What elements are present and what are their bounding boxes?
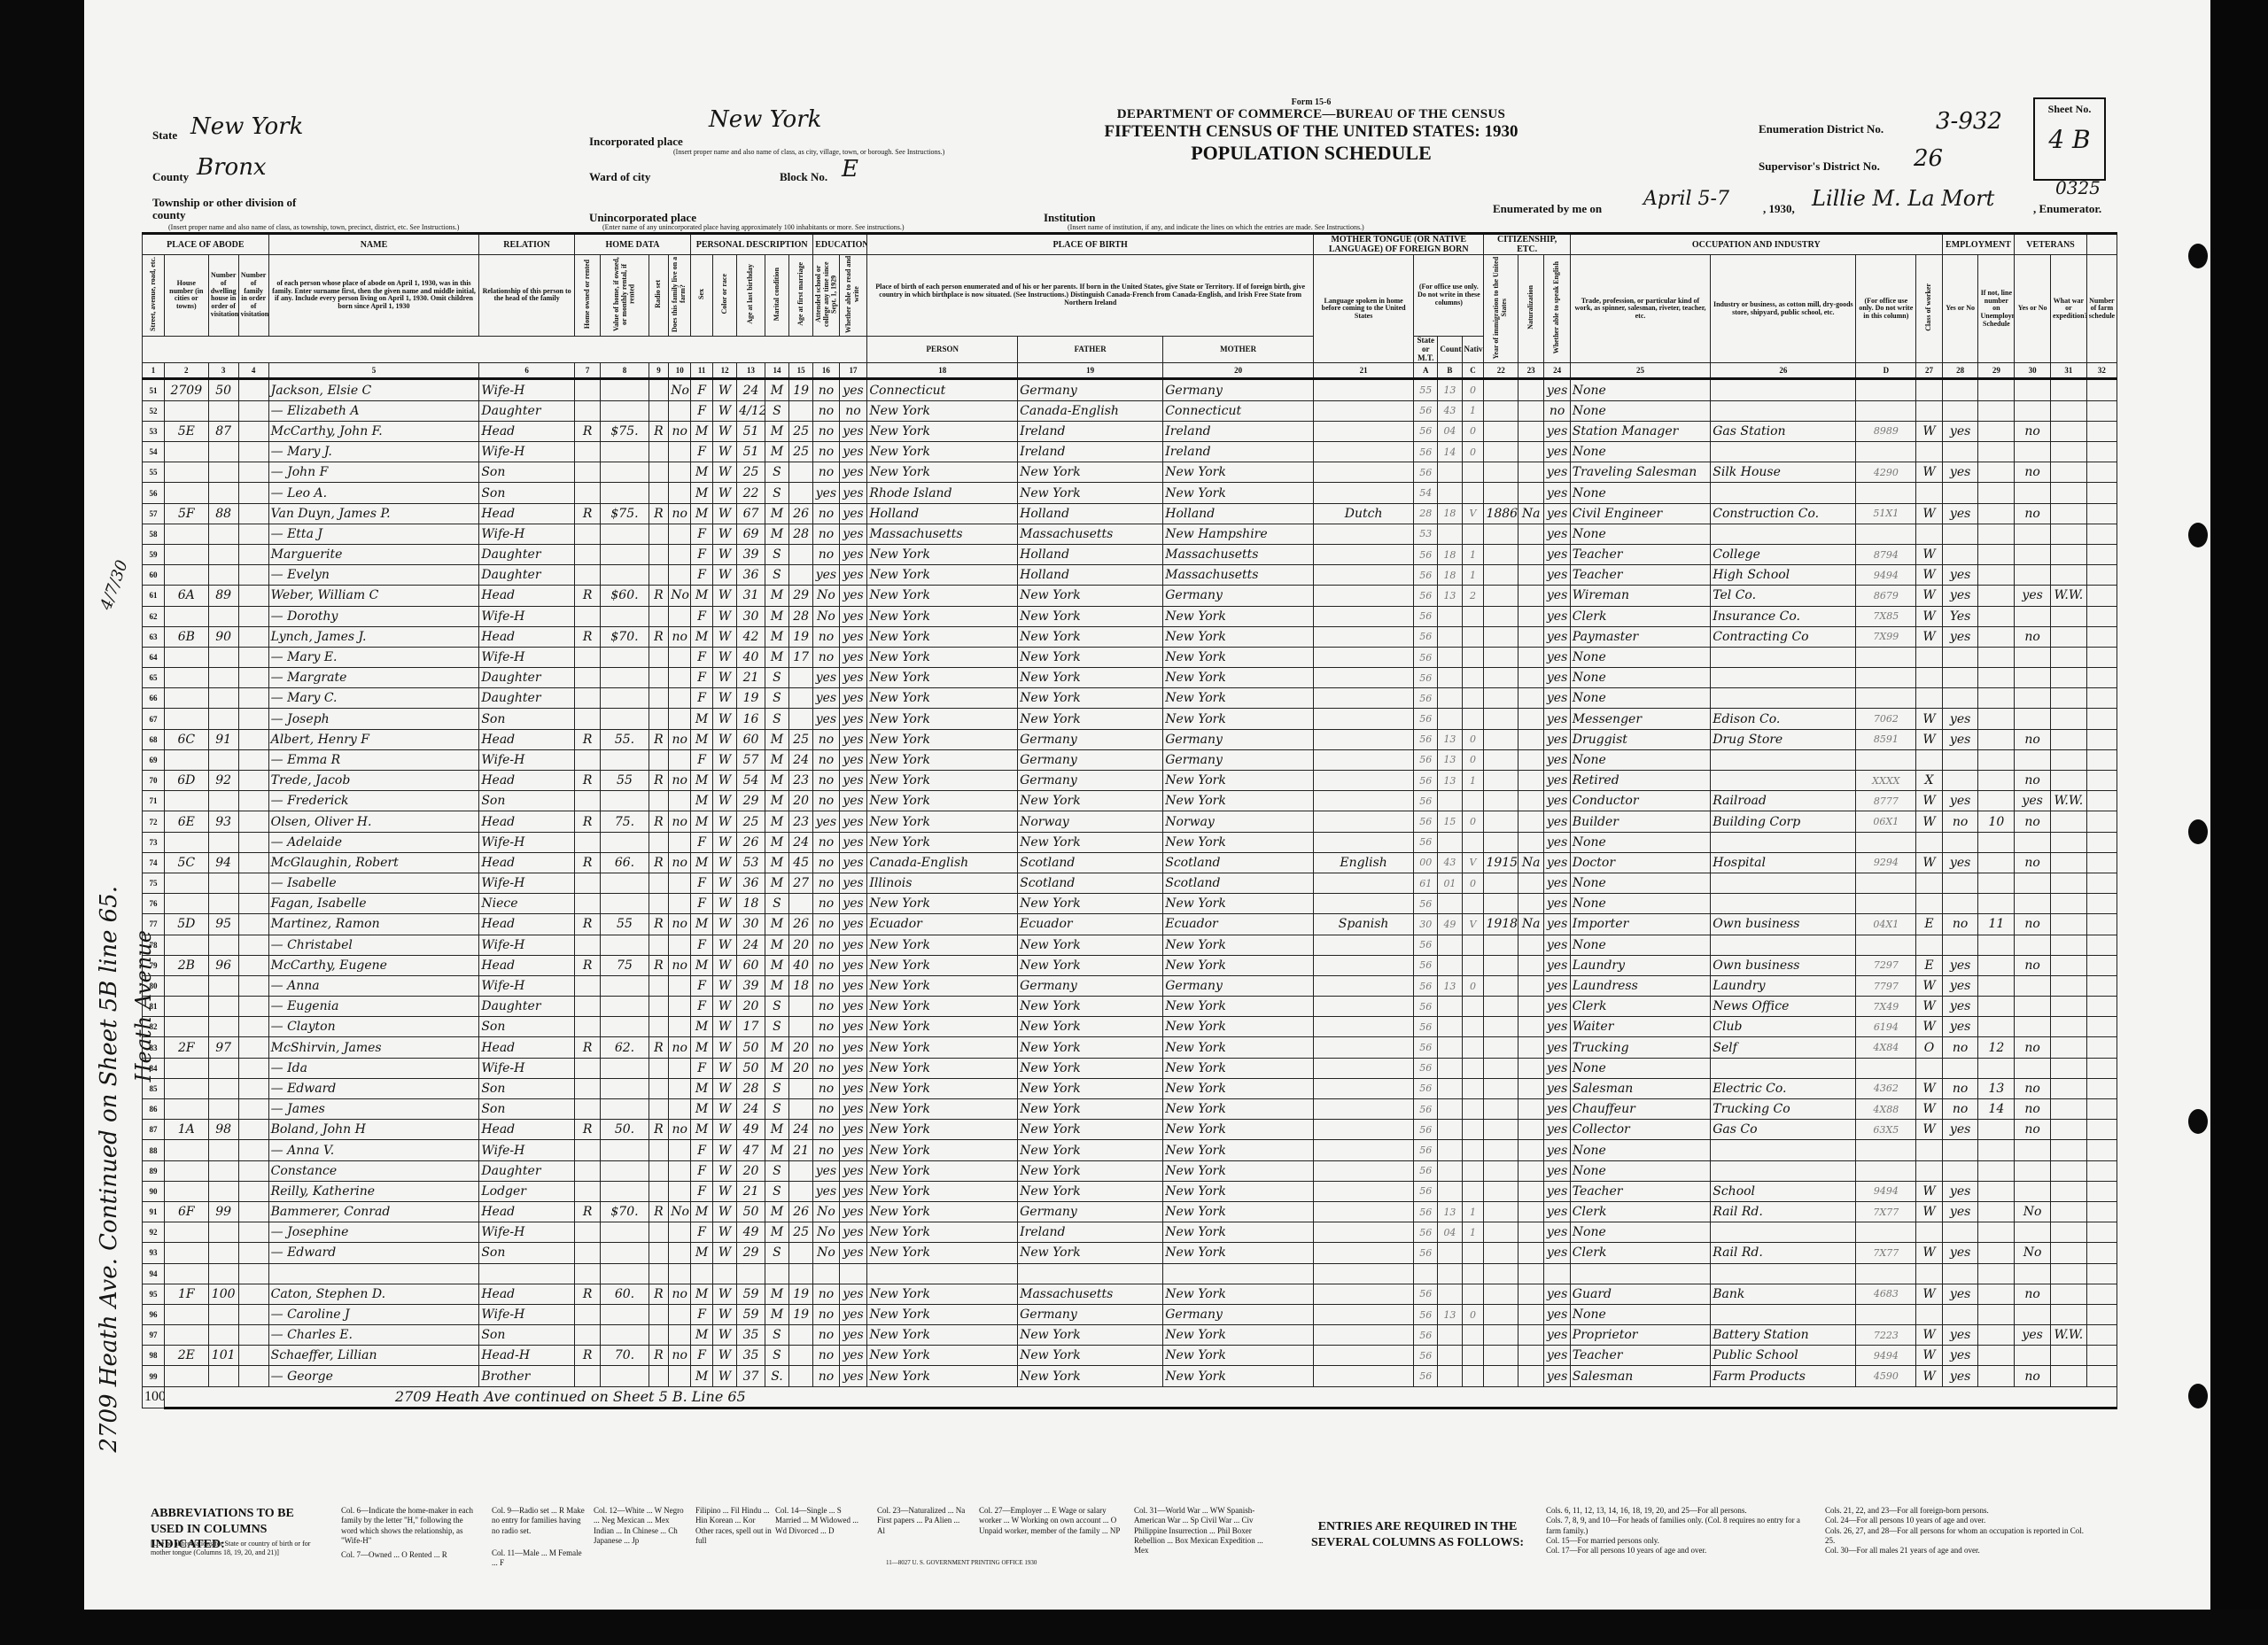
cell-code-country[interactable] [1438, 997, 1462, 1017]
cell-farm[interactable]: no [669, 771, 691, 791]
cell-read-write[interactable]: yes [839, 442, 867, 462]
cell-occupation[interactable]: None [1570, 1222, 1710, 1243]
cell-school[interactable]: yes [813, 1160, 839, 1181]
cell-code-state[interactable]: 56 [1414, 1222, 1438, 1243]
cell-at-work[interactable] [1942, 379, 1978, 400]
cell-unemployment-line[interactable] [1978, 544, 2015, 564]
cell-age-first-marriage[interactable] [789, 544, 813, 564]
cell-pob-mother[interactable]: Germany [1163, 586, 1314, 606]
cell-name[interactable]: Marguerite [268, 544, 479, 564]
cell-pob-father[interactable]: New York [1018, 832, 1163, 852]
cell-veteran[interactable] [2015, 400, 2051, 421]
cell-farm-schedule[interactable] [2086, 544, 2117, 564]
cell-code-country[interactable] [1438, 1058, 1462, 1078]
cell-family-number[interactable] [238, 1243, 268, 1263]
cell-marital[interactable]: M [765, 729, 788, 749]
cell-at-work[interactable]: yes [1942, 1366, 1978, 1386]
cell-pob-mother[interactable]: Connecticut [1163, 400, 1314, 421]
cell-pob-person[interactable]: New York [867, 791, 1018, 811]
cell-farm-schedule[interactable] [2086, 1222, 2117, 1243]
cell-sex[interactable]: M [691, 1017, 713, 1037]
cell-unemployment-line[interactable] [1978, 1201, 2015, 1222]
cell-house-number[interactable] [164, 935, 208, 955]
cell-pob-mother[interactable] [1163, 1263, 1314, 1284]
cell-name[interactable]: Albert, Henry F [268, 729, 479, 749]
cell-occ-code[interactable] [1856, 379, 1916, 400]
cell-unemployment-line[interactable]: 10 [1978, 811, 2015, 832]
cell-sex[interactable]: F [691, 647, 713, 667]
cell-relation[interactable]: Son [479, 483, 575, 503]
cell-name[interactable]: McCarthy, John F. [268, 421, 479, 441]
cell-naturalization[interactable] [1518, 1181, 1543, 1201]
cell-age[interactable]: 37 [737, 1366, 765, 1386]
cell-war[interactable]: W.W. [2051, 791, 2087, 811]
cell-pob-father[interactable]: Massachusetts [1018, 1284, 1163, 1304]
cell-code-state[interactable]: 56 [1414, 647, 1438, 667]
cell-sex[interactable]: M [691, 421, 713, 441]
cell-dwelling-number[interactable] [208, 1263, 238, 1284]
cell-family-number[interactable] [238, 997, 268, 1017]
cell-school[interactable]: no [813, 442, 839, 462]
cell-speak-english[interactable]: yes [1544, 1160, 1570, 1181]
cell-naturalization[interactable] [1518, 565, 1543, 586]
cell-owned-rented[interactable]: R [574, 811, 600, 832]
cell-class-worker[interactable]: W [1916, 421, 1942, 441]
cell-sex[interactable]: F [691, 1160, 713, 1181]
cell-age[interactable]: 39 [737, 975, 765, 996]
cell-house-number[interactable] [164, 606, 208, 626]
state-value[interactable]: New York [190, 113, 303, 140]
cell-naturalization[interactable] [1518, 1325, 1543, 1346]
cell-naturalization[interactable] [1518, 1366, 1543, 1386]
cell-house-number[interactable] [164, 749, 208, 770]
cell-race[interactable]: W [713, 442, 737, 462]
cell-code-country[interactable] [1438, 1099, 1462, 1120]
cell-pob-mother[interactable]: New York [1163, 462, 1314, 483]
cell-pob-mother[interactable]: New York [1163, 894, 1314, 914]
cell-code-country[interactable] [1438, 1366, 1462, 1386]
cell-code-country[interactable]: 13 [1438, 729, 1462, 749]
cell-farm-schedule[interactable] [2086, 832, 2117, 852]
cell-farm[interactable] [669, 975, 691, 996]
cell-farm-schedule[interactable] [2086, 688, 2117, 709]
cell-read-write[interactable]: yes [839, 791, 867, 811]
cell-industry[interactable]: Building Corp [1711, 811, 1856, 832]
cell-name[interactable] [268, 1263, 479, 1284]
cell-sex[interactable]: F [691, 832, 713, 852]
cell-sex[interactable]: M [691, 1243, 713, 1263]
cell-language[interactable] [1314, 709, 1414, 729]
cell-name[interactable]: — Josephine [268, 1222, 479, 1243]
cell-unemployment-line[interactable]: 12 [1978, 1037, 2015, 1058]
cell-language[interactable]: Dutch [1314, 503, 1414, 524]
cell-pob-person[interactable]: New York [867, 1181, 1018, 1201]
cell-read-write[interactable]: yes [839, 1304, 867, 1324]
cell-age[interactable]: 49 [737, 1120, 765, 1140]
cell-class-worker[interactable] [1916, 688, 1942, 709]
cell-code-nativity[interactable] [1462, 688, 1484, 709]
cell-race[interactable]: W [713, 503, 737, 524]
cell-race[interactable]: W [713, 791, 737, 811]
cell-age[interactable]: 50 [737, 1058, 765, 1078]
cell-farm-schedule[interactable] [2086, 935, 2117, 955]
cell-veteran[interactable]: yes [2015, 586, 2051, 606]
cell-age[interactable]: 51 [737, 442, 765, 462]
cell-code-nativity[interactable] [1462, 1078, 1484, 1098]
cell-farm[interactable] [669, 832, 691, 852]
cell-age[interactable]: 29 [737, 1243, 765, 1263]
cell-sex[interactable]: F [691, 975, 713, 996]
cell-dwelling-number[interactable]: 96 [208, 955, 238, 975]
cell-unemployment-line[interactable] [1978, 586, 2015, 606]
cell-pob-father[interactable]: New York [1018, 1160, 1163, 1181]
cell-speak-english[interactable]: yes [1544, 565, 1570, 586]
cell-radio[interactable] [649, 832, 669, 852]
cell-marital[interactable]: S [765, 997, 788, 1017]
cell-unemployment-line[interactable] [1978, 1140, 2015, 1160]
cell-occ-code[interactable] [1856, 1058, 1916, 1078]
cell-pob-person[interactable]: New York [867, 894, 1018, 914]
cell-pob-mother[interactable]: Scotland [1163, 852, 1314, 873]
cell-at-work[interactable]: no [1942, 811, 1978, 832]
cell-age-first-marriage[interactable]: 20 [789, 1058, 813, 1078]
cell-war[interactable] [2051, 975, 2087, 996]
cell-code-nativity[interactable]: 0 [1462, 811, 1484, 832]
cell-naturalization[interactable] [1518, 894, 1543, 914]
cell-age-first-marriage[interactable]: 20 [789, 791, 813, 811]
cell-pob-father[interactable]: Norway [1018, 811, 1163, 832]
cell-dwelling-number[interactable] [208, 832, 238, 852]
cell-unemployment-line[interactable] [1978, 503, 2015, 524]
cell-read-write[interactable]: yes [839, 997, 867, 1017]
cell-family-number[interactable] [238, 442, 268, 462]
cell-language[interactable] [1314, 935, 1414, 955]
cell-veteran[interactable]: no [2015, 852, 2051, 873]
cell-pob-person[interactable]: New York [867, 1099, 1018, 1120]
cell-age[interactable]: 16 [737, 709, 765, 729]
cell-read-write[interactable]: yes [839, 688, 867, 709]
cell-read-write[interactable]: yes [839, 544, 867, 564]
cell-code-country[interactable] [1438, 1243, 1462, 1263]
cell-veteran[interactable] [2015, 668, 2051, 688]
cell-language[interactable] [1314, 1078, 1414, 1098]
cell-unemployment-line[interactable] [1978, 647, 2015, 667]
cell-veteran[interactable] [2015, 1058, 2051, 1078]
cell-radio[interactable]: R [649, 1284, 669, 1304]
cell-occ-code[interactable]: 06X1 [1856, 811, 1916, 832]
cell-unemployment-line[interactable] [1978, 462, 2015, 483]
cell-code-nativity[interactable]: 1 [1462, 1222, 1484, 1243]
cell-occupation[interactable]: None [1570, 483, 1710, 503]
cell-age-first-marriage[interactable] [789, 1263, 813, 1284]
cell-industry[interactable]: Electric Co. [1711, 1078, 1856, 1098]
cell-relation[interactable]: Wife-H [479, 1222, 575, 1243]
cell-school[interactable]: no [813, 1325, 839, 1346]
cell-pob-mother[interactable]: New York [1163, 1037, 1314, 1058]
cell-war[interactable] [2051, 647, 2087, 667]
cell-farm[interactable] [669, 1078, 691, 1098]
cell-farm-schedule[interactable] [2086, 1058, 2117, 1078]
cell-at-work[interactable] [1942, 544, 1978, 564]
cell-dwelling-number[interactable]: 95 [208, 914, 238, 935]
cell-read-write[interactable]: yes [839, 1366, 867, 1386]
cell-occ-code[interactable]: 4590 [1856, 1366, 1916, 1386]
cell-pob-father[interactable]: New York [1018, 935, 1163, 955]
cell-unemployment-line[interactable] [1978, 1304, 2015, 1324]
cell-age[interactable]: 21 [737, 668, 765, 688]
cell-farm[interactable] [669, 524, 691, 544]
cell-race[interactable]: W [713, 606, 737, 626]
cell-code-country[interactable]: 04 [1438, 421, 1462, 441]
cell-occ-code[interactable]: 9294 [1856, 852, 1916, 873]
cell-farm-schedule[interactable] [2086, 462, 2117, 483]
cell-farm[interactable] [669, 483, 691, 503]
cell-naturalization[interactable] [1518, 1201, 1543, 1222]
cell-unemployment-line[interactable] [1978, 1017, 2015, 1037]
cell-dwelling-number[interactable] [208, 1078, 238, 1098]
cell-speak-english[interactable]: yes [1544, 955, 1570, 975]
cell-class-worker[interactable]: W [1916, 791, 1942, 811]
cell-war[interactable] [2051, 668, 2087, 688]
cell-pob-mother[interactable]: New York [1163, 1222, 1314, 1243]
cell-code-state[interactable]: 56 [1414, 421, 1438, 441]
cell-farm-schedule[interactable] [2086, 1181, 2117, 1201]
cell-immigration-year[interactable] [1484, 1160, 1518, 1181]
cell-farm[interactable] [669, 1243, 691, 1263]
cell-owned-rented[interactable]: R [574, 1037, 600, 1058]
cell-pob-mother[interactable]: New York [1163, 1243, 1314, 1263]
cell-veteran[interactable]: no [2015, 1099, 2051, 1120]
cell-occupation[interactable]: None [1570, 894, 1710, 914]
cell-language[interactable] [1314, 894, 1414, 914]
cell-race[interactable]: W [713, 955, 737, 975]
cell-age-first-marriage[interactable] [789, 688, 813, 709]
cell-dwelling-number[interactable]: 94 [208, 852, 238, 873]
cell-occupation[interactable]: Wireman [1570, 586, 1710, 606]
cell-race[interactable]: W [713, 1181, 737, 1201]
cell-veteran[interactable] [2015, 975, 2051, 996]
cell-age-first-marriage[interactable] [789, 668, 813, 688]
cell-war[interactable] [2051, 1243, 2087, 1263]
cell-radio[interactable] [649, 1160, 669, 1181]
cell-pob-person[interactable]: Massachusetts [867, 524, 1018, 544]
cell-at-work[interactable]: yes [1942, 852, 1978, 873]
cell-house-number[interactable]: 5F [164, 503, 208, 524]
cell-at-work[interactable]: yes [1942, 1120, 1978, 1140]
cell-pob-father[interactable]: New York [1018, 626, 1163, 647]
cell-language[interactable] [1314, 1346, 1414, 1366]
cell-farm-schedule[interactable] [2086, 1304, 2117, 1324]
cell-pob-father[interactable]: Canada-English [1018, 400, 1163, 421]
cell-marital[interactable]: S [765, 1325, 788, 1346]
cell-farm[interactable]: No [669, 586, 691, 606]
cell-farm[interactable] [669, 873, 691, 893]
cell-farm[interactable]: no [669, 955, 691, 975]
cell-farm-schedule[interactable] [2086, 1325, 2117, 1346]
cell-industry[interactable] [1711, 1160, 1856, 1181]
cell-dwelling-number[interactable]: 98 [208, 1120, 238, 1140]
cell-dwelling-number[interactable] [208, 997, 238, 1017]
cell-name[interactable]: — Frederick [268, 791, 479, 811]
cell-code-country[interactable]: 15 [1438, 811, 1462, 832]
cell-veteran[interactable]: no [2015, 1284, 2051, 1304]
cell-home-value[interactable] [601, 1058, 649, 1078]
cell-marital[interactable]: S [765, 668, 788, 688]
cell-pob-father[interactable]: New York [1018, 1120, 1163, 1140]
cell-language[interactable] [1314, 668, 1414, 688]
cell-pob-person[interactable]: New York [867, 811, 1018, 832]
cell-industry[interactable] [1711, 668, 1856, 688]
cell-veteran[interactable] [2015, 1160, 2051, 1181]
cell-language[interactable] [1314, 1037, 1414, 1058]
cell-age[interactable]: 24 [737, 379, 765, 400]
cell-farm[interactable] [669, 1099, 691, 1120]
cell-code-state[interactable] [1414, 1263, 1438, 1284]
cell-marital[interactable]: M [765, 503, 788, 524]
cell-owned-rented[interactable] [574, 1243, 600, 1263]
cell-family-number[interactable] [238, 935, 268, 955]
cell-at-work[interactable] [1942, 647, 1978, 667]
cell-house-number[interactable] [164, 1017, 208, 1037]
cell-read-write[interactable]: no [839, 400, 867, 421]
cell-family-number[interactable] [238, 1325, 268, 1346]
cell-veteran[interactable]: no [2015, 955, 2051, 975]
cell-language[interactable] [1314, 1201, 1414, 1222]
cell-immigration-year[interactable] [1484, 729, 1518, 749]
cell-code-state[interactable]: 56 [1414, 791, 1438, 811]
cell-age-first-marriage[interactable] [789, 894, 813, 914]
cell-naturalization[interactable] [1518, 606, 1543, 626]
cell-school[interactable]: no [813, 544, 839, 564]
cell-family-number[interactable] [238, 1222, 268, 1243]
cell-radio[interactable] [649, 935, 669, 955]
cell-farm-schedule[interactable] [2086, 503, 2117, 524]
cell-at-work[interactable] [1942, 688, 1978, 709]
cell-code-nativity[interactable] [1462, 791, 1484, 811]
cell-code-country[interactable] [1438, 1181, 1462, 1201]
cell-naturalization[interactable] [1518, 1243, 1543, 1263]
cell-home-value[interactable] [601, 379, 649, 400]
cell-code-nativity[interactable] [1462, 1037, 1484, 1058]
cell-immigration-year[interactable] [1484, 749, 1518, 770]
cell-age[interactable]: 17 [737, 1017, 765, 1037]
cell-race[interactable]: W [713, 544, 737, 564]
cell-radio[interactable] [649, 400, 669, 421]
cell-pob-mother[interactable]: Holland [1163, 503, 1314, 524]
cell-pob-father[interactable]: New York [1018, 709, 1163, 729]
cell-code-nativity[interactable]: 0 [1462, 1304, 1484, 1324]
cell-school[interactable]: yes [813, 565, 839, 586]
cell-veteran[interactable]: No [2015, 1243, 2051, 1263]
cell-marital[interactable]: M [765, 626, 788, 647]
cell-pob-mother[interactable]: Ireland [1163, 442, 1314, 462]
cell-home-value[interactable] [601, 709, 649, 729]
cell-read-write[interactable]: yes [839, 421, 867, 441]
cell-unemployment-line[interactable] [1978, 873, 2015, 893]
cell-at-work[interactable]: yes [1942, 791, 1978, 811]
cell-farm-schedule[interactable] [2086, 1346, 2117, 1366]
cell-pob-mother[interactable]: New York [1163, 483, 1314, 503]
cell-relation[interactable]: Wife-H [479, 1140, 575, 1160]
cell-school[interactable]: no [813, 749, 839, 770]
cell-code-nativity[interactable] [1462, 606, 1484, 626]
cell-code-nativity[interactable] [1462, 1263, 1484, 1284]
cell-relation[interactable]: Wife-H [479, 1304, 575, 1324]
cell-at-work[interactable] [1942, 668, 1978, 688]
cell-dwelling-number[interactable]: 99 [208, 1201, 238, 1222]
cell-owned-rented[interactable]: R [574, 914, 600, 935]
cell-occ-code[interactable] [1856, 688, 1916, 709]
cell-naturalization[interactable] [1518, 1078, 1543, 1098]
cell-relation[interactable]: Daughter [479, 400, 575, 421]
cell-code-nativity[interactable] [1462, 894, 1484, 914]
cell-occ-code[interactable]: 4290 [1856, 462, 1916, 483]
cell-farm-schedule[interactable] [2086, 771, 2117, 791]
cell-occupation[interactable]: None [1570, 832, 1710, 852]
cell-pob-mother[interactable]: New York [1163, 1140, 1314, 1160]
cell-class-worker[interactable] [1916, 935, 1942, 955]
cell-code-state[interactable]: 56 [1414, 1346, 1438, 1366]
cell-code-country[interactable]: 01 [1438, 873, 1462, 893]
cell-pob-father[interactable]: Ireland [1018, 421, 1163, 441]
cell-race[interactable]: W [713, 1284, 737, 1304]
cell-house-number[interactable]: 5D [164, 914, 208, 935]
cell-speak-english[interactable]: yes [1544, 832, 1570, 852]
cell-family-number[interactable] [238, 1037, 268, 1058]
cell-home-value[interactable] [601, 1017, 649, 1037]
cell-code-state[interactable]: 00 [1414, 852, 1438, 873]
cell-owned-rented[interactable] [574, 873, 600, 893]
cell-code-country[interactable] [1438, 832, 1462, 852]
cell-relation[interactable]: Lodger [479, 1181, 575, 1201]
cell-school[interactable]: no [813, 791, 839, 811]
cell-occ-code[interactable]: 7297 [1856, 955, 1916, 975]
cell-unemployment-line[interactable] [1978, 832, 2015, 852]
cell-farm[interactable]: no [669, 1346, 691, 1366]
cell-code-state[interactable]: 56 [1414, 1201, 1438, 1222]
cell-veteran[interactable] [2015, 1017, 2051, 1037]
cell-occ-code[interactable]: 9494 [1856, 565, 1916, 586]
cell-code-state[interactable]: 56 [1414, 894, 1438, 914]
cell-relation[interactable]: Wife-H [479, 1058, 575, 1078]
cell-occ-code[interactable]: 6194 [1856, 1017, 1916, 1037]
cell-relation[interactable]: Niece [479, 894, 575, 914]
cell-occ-code[interactable] [1856, 524, 1916, 544]
cell-pob-person[interactable] [867, 1263, 1018, 1284]
cell-industry[interactable] [1711, 483, 1856, 503]
cell-owned-rented[interactable] [574, 462, 600, 483]
cell-language[interactable] [1314, 544, 1414, 564]
cell-farm-schedule[interactable] [2086, 1140, 2117, 1160]
cell-relation[interactable]: Wife-H [479, 975, 575, 996]
cell-read-write[interactable]: yes [839, 1181, 867, 1201]
cell-farm-schedule[interactable] [2086, 894, 2117, 914]
cell-war[interactable] [2051, 811, 2087, 832]
cell-race[interactable]: W [713, 483, 737, 503]
cell-age-first-marriage[interactable] [789, 483, 813, 503]
cell-speak-english[interactable]: yes [1544, 442, 1570, 462]
cell-immigration-year[interactable] [1484, 400, 1518, 421]
cell-relation[interactable]: Wife-H [479, 749, 575, 770]
cell-marital[interactable]: M [765, 606, 788, 626]
cell-war[interactable] [2051, 914, 2087, 935]
cell-war[interactable] [2051, 1120, 2087, 1140]
cell-marital[interactable]: S [765, 1346, 788, 1366]
cell-unemployment-line[interactable] [1978, 379, 2015, 400]
cell-age-first-marriage[interactable] [789, 1078, 813, 1098]
cell-language[interactable] [1314, 1243, 1414, 1263]
cell-speak-english[interactable]: yes [1544, 1140, 1570, 1160]
